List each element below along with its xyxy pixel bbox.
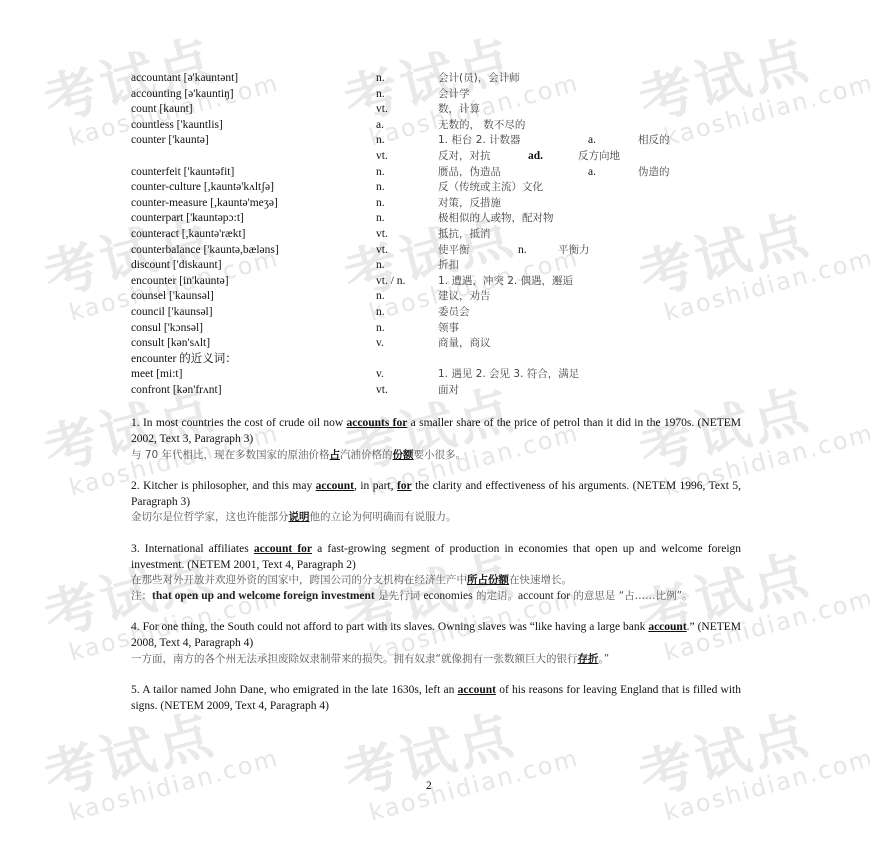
vocab-meaning: 领事 [438,321,741,337]
vocab-meaning: 1. 遇见 2. 会见 3. 符合，满足 [438,367,741,383]
vocab-row: counsel ['kaunsəl]n.建议，劝告 [131,289,741,305]
vocab-pos: vt. [376,383,438,399]
vocab-row: consult [kən'sʌlt]v.商量，商议 [131,336,741,352]
vocab-pos: vt. / n. [376,274,438,290]
vocabulary-list: accountant [ə'kauntənt]n.会计(员)，会计师accoun… [131,71,741,398]
highlight-term: account [648,621,686,633]
highlight-term: account [316,480,354,492]
vocab-row: accountant [ə'kauntənt]n.会计(员)，会计师 [131,71,741,87]
vocab-row: encounter 的近义词： [131,352,741,368]
vocab-word [131,149,376,165]
vocab-meaning: 反对，对抗ad.反方向地 [438,149,741,165]
vocab-pos: n. [376,321,438,337]
example-block: 4. For one thing, the South could not af… [131,620,741,667]
vocab-pos: n. [376,211,438,227]
vocab-pos: v. [376,367,438,383]
vocab-pos: n. [376,258,438,274]
example-block: 5. A tailor named John Dane, who emigrat… [131,683,741,714]
highlight-term: accounts for [347,417,408,429]
vocab-row: counterbalance ['kauntə,bæləns]vt.使平衡n.平… [131,243,741,259]
vocab-word: counterbalance ['kauntə,bæləns] [131,243,376,259]
example-block: 3. International affiliates account for … [131,542,741,604]
vocab-row: counter ['kauntə]n.1. 柜台 2. 计数器a.相反的 [131,133,741,149]
vocab-meaning: 建议，劝告 [438,289,741,305]
example-english: 4. For one thing, the South could not af… [131,620,741,651]
vocab-word: counterfeit ['kauntəfit] [131,165,376,181]
vocab-row: counter-culture [,kauntə'kʌltʃə]n.反（传统或主… [131,180,741,196]
vocab-pos-alt: n. [518,243,558,259]
vocab-pos: vt. [376,102,438,118]
vocab-meaning: 对策，反措施 [438,196,741,212]
vocab-word: consul ['kɔnsəl] [131,321,376,337]
page-number: 2 [426,780,432,792]
highlight-term: 占 [330,449,341,461]
vocab-pos: n. [376,165,438,181]
example-chinese: 一方面，南方的各个州无法承担废除奴隶制带来的损失。拥有奴隶“就像拥有一张数额巨大… [131,652,741,668]
vocab-row: vt.反对，对抗ad.反方向地 [131,149,741,165]
vocab-row: counterpart ['kauntəpɔ:t]n.极相似的人或物，配对物 [131,211,741,227]
vocab-pos: vt. [376,149,438,165]
vocab-word: counter ['kauntə] [131,133,376,149]
example-english: 3. International affiliates account for … [131,542,741,573]
example-sentences: 1. In most countries the cost of crude o… [131,416,741,714]
example-note: 注：that open up and welcome foreign inves… [131,589,741,605]
vocab-meaning: 商量，商议 [438,336,741,352]
vocab-pos: vt. [376,243,438,259]
vocab-word: discount ['diskaunt] [131,258,376,274]
vocab-meaning: 1. 柜台 2. 计数器a.相反的 [438,133,741,149]
highlight-term: 所占份额 [467,574,509,586]
highlight-term: 说明 [289,511,310,523]
vocab-meaning-alt: 相反的 [638,134,670,146]
vocab-meaning-alt: 伪造的 [638,166,670,178]
vocab-meaning: 极相似的人或物，配对物 [438,211,741,227]
vocab-pos-alt: a. [588,133,638,149]
vocab-meaning: 1. 遭遇，冲突 2. 偶遇，邂逅 [438,274,741,290]
vocab-meaning: 赝品，伪造品a.伪造的 [438,165,741,181]
vocab-pos: n. [376,133,438,149]
vocab-row: council ['kaunsəl]n.委员会 [131,305,741,321]
highlight-term: 存折 [577,653,598,665]
vocab-word: count [kaunt] [131,102,376,118]
vocab-meaning: 数，计算 [438,102,741,118]
vocab-pos: a. [376,118,438,134]
document-page: accountant [ə'kauntənt]n.会计(员)，会计师accoun… [131,71,741,714]
vocab-meaning: 无数的， 数不尽的 [438,118,741,134]
vocab-row: discount ['diskaunt]n.折扣 [131,258,741,274]
vocab-word: encounter 的近义词： [131,352,237,368]
vocab-word: accounting [ə'kauntiŋ] [131,87,376,103]
vocab-row: countless ['kauntlis]a.无数的， 数不尽的 [131,118,741,134]
highlight-term: for [397,480,412,492]
example-english: 5. A tailor named John Dane, who emigrat… [131,683,741,714]
vocab-pos: n. [376,87,438,103]
vocab-row: consul ['kɔnsəl]n.领事 [131,321,741,337]
example-english: 1. In most countries the cost of crude o… [131,416,741,447]
vocab-meaning-alt: 平衡力 [558,244,590,256]
vocab-meaning: 反（传统或主流）文化 [438,180,741,196]
vocab-word: accountant [ə'kauntənt] [131,71,376,87]
example-english: 2. Kitcher is philosopher, and this may … [131,479,741,510]
highlight-term: account [458,684,496,696]
highlight-term: 份额 [393,449,414,461]
vocab-word: countless ['kauntlis] [131,118,376,134]
watermark-url: kaoshidian.com [662,746,870,825]
vocab-pos: v. [376,336,438,352]
vocab-row: counteract [,kauntə'rækt]vt.抵抗，抵消 [131,227,741,243]
example-chinese: 与 70 年代相比，现在多数国家的原油价格占汽油价格的份额要小很多。 [131,448,741,464]
vocab-pos: n. [376,196,438,212]
vocab-row: count [kaunt]vt.数，计算 [131,102,741,118]
vocab-meaning: 面对 [438,383,741,399]
vocab-meaning: 使平衡n.平衡力 [438,243,741,259]
vocab-word: counter-measure [,kauntə'meʒə] [131,196,376,212]
vocab-pos: n. [376,305,438,321]
vocab-row: counterfeit ['kauntəfit]n.赝品，伪造品a.伪造的 [131,165,741,181]
highlight-term: account for [254,543,312,555]
vocab-pos: n. [376,289,438,305]
example-block: 1. In most countries the cost of crude o… [131,416,741,463]
vocab-pos: n. [376,71,438,87]
vocab-pos: n. [376,180,438,196]
vocab-word: consult [kən'sʌlt] [131,336,376,352]
vocab-meaning-alt: 反方向地 [578,150,620,162]
example-chinese: 金切尔是位哲学家，这也许能部分说明他的立论为何明确而有说服力。 [131,510,741,526]
vocab-meaning: 折扣 [438,258,741,274]
vocab-meaning: 委员会 [438,305,741,321]
vocab-meaning: 抵抗，抵消 [438,227,741,243]
vocab-row: accounting [ə'kauntiŋ]n.会计学 [131,87,741,103]
vocab-pos: vt. [376,227,438,243]
example-chinese: 在那些对外开放并欢迎外资的国家中，跨国公司的分支机构在经济生产中所占份额在快速增… [131,573,741,589]
watermark-url: kaoshidian.com [67,746,282,825]
vocab-word: council ['kaunsəl] [131,305,376,321]
vocab-word: counsel ['kaunsəl] [131,289,376,305]
vocab-meaning: 会计(员)，会计师 [438,71,741,87]
vocab-row: encounter [in'kauntə]vt. / n.1. 遭遇，冲突 2.… [131,274,741,290]
vocab-word: counter-culture [,kauntə'kʌltʃə] [131,180,376,196]
vocab-word: counterpart ['kauntəpɔ:t] [131,211,376,227]
vocab-word: confront [kən'frʌnt] [131,383,376,399]
vocab-word: encounter [in'kauntə] [131,274,376,290]
watermark-url: kaoshidian.com [367,746,582,825]
vocab-word: counteract [,kauntə'rækt] [131,227,376,243]
vocab-word: meet [mi:t] [131,367,376,383]
vocab-pos-alt: a. [588,165,638,181]
vocab-pos-alt: ad. [528,149,578,165]
vocab-meaning: 会计学 [438,87,741,103]
vocab-row: confront [kən'frʌnt]vt.面对 [131,383,741,399]
vocab-row: counter-measure [,kauntə'meʒə]n.对策，反措施 [131,196,741,212]
vocab-row: meet [mi:t]v.1. 遇见 2. 会见 3. 符合，满足 [131,367,741,383]
example-block: 2. Kitcher is philosopher, and this may … [131,479,741,526]
